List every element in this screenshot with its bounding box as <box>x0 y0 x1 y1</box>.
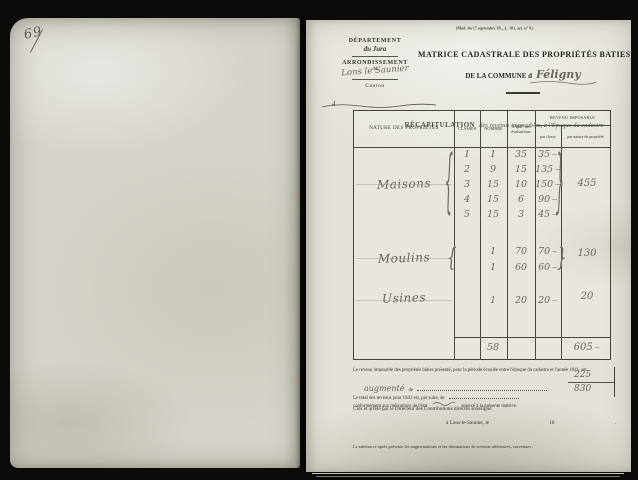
department-label: DÉPARTEMENT <box>324 38 426 44</box>
cell-revenu-value: 150 <box>535 179 553 190</box>
flourish: ~ <box>551 150 558 159</box>
recapitulation-table: NATURE DES PROPRIÉTÉS CLASSES NOMBRE TAR… <box>353 110 611 360</box>
flourish-line <box>320 102 438 110</box>
divider <box>352 79 398 80</box>
footer-value-830: 830 <box>574 384 591 394</box>
group-label-maisons: Maisons <box>362 176 446 193</box>
place-year: 18 <box>549 420 554 426</box>
group-total-maisons: 455 <box>568 178 606 189</box>
cell-revenu: 35~ <box>535 149 561 160</box>
right-page: (Mod. du 17 septembre 18.., L. 101, art.… <box>306 20 631 472</box>
group-label-moulins: Moulins <box>362 250 446 267</box>
print-reference-note: (Mod. du 17 septembre 18.., L. 101, art.… <box>456 26 533 31</box>
divider <box>352 56 398 57</box>
department-block: DÉPARTEMENT du Jura ARRONDISSEMENT de Lo… <box>324 38 426 89</box>
cell-revenu-value: 70 <box>538 246 550 257</box>
cell-nombre: 1 <box>480 262 506 273</box>
cell-revenu: 60~ <box>535 262 561 273</box>
group-total-usines: 20 <box>568 291 606 302</box>
cell-tarif: 60 <box>508 262 534 273</box>
cell-tarif: 6 <box>508 194 534 205</box>
total-revenu-value: 605 <box>574 342 593 353</box>
cell-revenu: 70~ <box>535 246 561 257</box>
footer-value-divider <box>568 382 614 383</box>
cell-revenu: 20~ <box>535 295 561 306</box>
cell-revenu-value: 135 <box>535 164 553 175</box>
flourish: ~ <box>551 210 558 219</box>
page-stack-edge <box>312 473 624 474</box>
flourish: ~ <box>551 263 558 272</box>
commune-handwritten: Féligny <box>536 68 581 81</box>
department-value: du Jura <box>324 45 426 53</box>
cell-revenu: 45~ <box>535 209 561 220</box>
title-block: MATRICE CADASTRALE DES PROPRIÉTÉS BATIES… <box>418 50 628 94</box>
page-title: MATRICE CADASTRALE DES PROPRIÉTÉS BATIES <box>418 50 628 59</box>
cell-tarif: 3 <box>508 209 534 220</box>
footer-line-1: Le revenu imposable des propriétés bâtie… <box>353 367 589 374</box>
cell-nombre: 9 <box>480 164 506 175</box>
canton-label: Canton <box>324 83 426 89</box>
cell-revenu-value: 60 <box>538 262 550 273</box>
title-rule <box>506 92 540 94</box>
total-nombre: 58 <box>480 342 506 353</box>
cell-classe: 3 <box>454 179 480 190</box>
cell-tarif: 15 <box>508 164 534 175</box>
cell-revenu: 90~ <box>535 194 561 205</box>
cell-nombre: 1 <box>480 295 506 306</box>
cell-classe: 4 <box>454 194 480 205</box>
bottom-note: Le tableau ci-après présente les augment… <box>353 444 603 451</box>
brace-left-moulins: { <box>447 246 457 272</box>
cell-revenu: 135~ <box>535 164 561 175</box>
cell-nombre: 15 <box>480 194 506 205</box>
scanned-register-spread: 69 (Mod. du 17 septembre 18.., L. 101, a… <box>0 0 638 480</box>
left-page: 69 <box>10 18 300 468</box>
cell-tarif: 20 <box>508 295 534 306</box>
cell-nombre: 1 <box>480 149 506 160</box>
flourish: ~ <box>551 247 558 256</box>
col-header-revenu-group: REVENU IMPOSABLE <box>535 111 610 125</box>
col-header-nature: NATURE DES PROPRIÉTÉS <box>354 111 454 147</box>
cell-nombre: 1 <box>480 246 506 257</box>
col-header-tarif: TARIF des évaluations <box>507 111 535 147</box>
place-period: . <box>615 420 616 426</box>
cell-revenu-value: 35 <box>538 149 550 160</box>
cell-tarif: 70 <box>508 246 534 257</box>
flourish: ~ <box>594 343 601 352</box>
cell-classe: 2 <box>454 164 480 175</box>
closing-statement: Clos et arrêté par le Directeur des Cont… <box>353 406 493 412</box>
group-label-usines: Usines <box>362 290 446 307</box>
col-header-nombre: NOMBRE <box>480 111 507 147</box>
cell-tarif: 35 <box>508 149 534 160</box>
totals-top-line <box>454 337 610 338</box>
cell-revenu-value: 20 <box>538 295 550 306</box>
cell-classe: 1 <box>454 149 480 160</box>
flourish: ~ <box>554 165 561 174</box>
cell-revenu: 150~ <box>535 179 561 190</box>
cell-nombre: 15 <box>480 209 506 220</box>
flourish: ~ <box>551 296 558 305</box>
brace-left-maisons: { <box>444 149 453 218</box>
group-total-moulins: 130 <box>568 248 606 259</box>
col-header-classes: CLASSES <box>454 111 480 147</box>
footer-value-225: 225 <box>574 370 591 380</box>
flourish: ~ <box>554 180 561 189</box>
cell-revenu-value: 90 <box>538 194 550 205</box>
page-stack-edge <box>316 476 620 477</box>
header-bottom-line <box>354 147 610 148</box>
cell-nombre: 15 <box>480 179 506 190</box>
cell-classe: 5 <box>454 209 480 220</box>
cell-tarif: 10 <box>508 179 534 190</box>
place-date-line: à Lons-le-Saunier, le 18 . <box>446 420 616 426</box>
footer-margin-line <box>614 367 615 397</box>
place-prefix: à Lons-le-Saunier, le <box>446 420 489 426</box>
cell-revenu-value: 45 <box>538 209 550 220</box>
commune-prefix: DE LA COMMUNE d <box>465 72 532 80</box>
total-revenu: 605~ <box>568 342 606 353</box>
flourish: ~ <box>551 195 558 204</box>
col-header-revenu-par-nature: par nature de propriété <box>561 125 610 147</box>
